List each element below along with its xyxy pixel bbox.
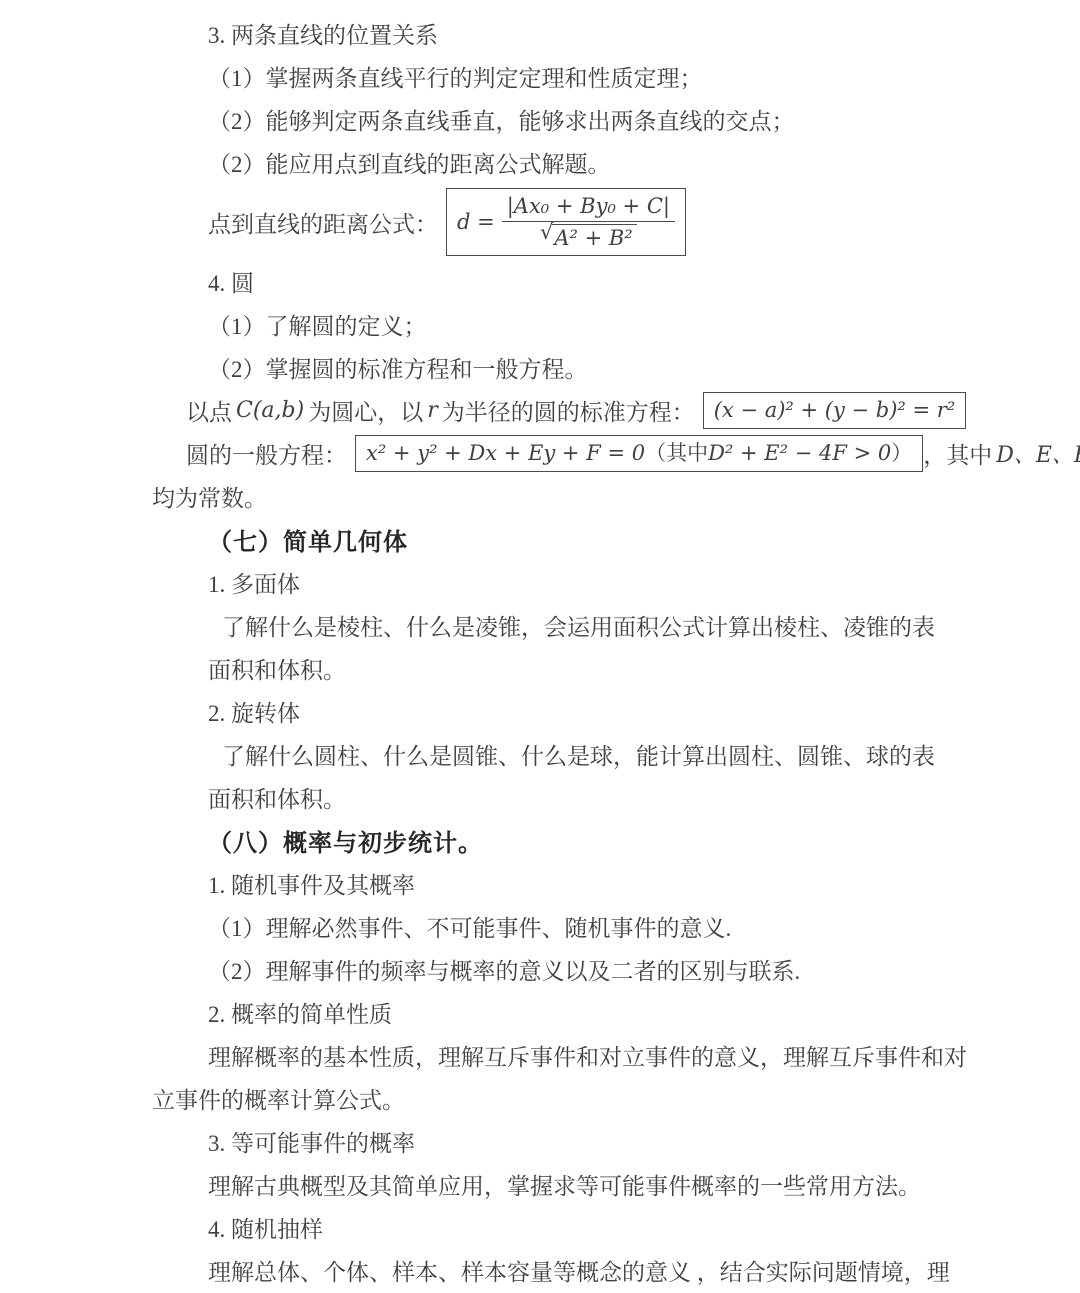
sampling-desc-line: 理解总体、个体、样本、样本容量等概念的意义 ，结合实际问题情境，理: [152, 1249, 930, 1292]
general-circle-condition: D² + E² − 4F > 0: [708, 440, 891, 466]
item-event-meaning-text: （1）理解必然事件、不可能事件、随机事件的意义.: [208, 910, 731, 943]
general-circle-formula-box: x² + y² + Dx + Ey + F = 0 （其中 D² + E² − …: [355, 435, 923, 471]
distance-formula-line: 点到直线的距离公式： d = |Ax₀ + By₀ + C| √ A² + B²: [152, 184, 930, 260]
section8-heading-text: （八）概率与初步统计。: [208, 823, 483, 858]
item-circle-equations-text: （2）掌握圆的标准方程和一般方程。: [208, 351, 588, 384]
random-events-heading: 1. 随机事件及其概率: [152, 862, 930, 905]
distance-formula-numerator: |Ax₀ + By₀ + C|: [502, 193, 675, 222]
section4-heading: 4. 圆: [152, 260, 930, 303]
standard-circle-text-3: 为半径的圆的标准方程：: [442, 394, 695, 427]
equally-likely-heading: 3. 等可能事件的概率: [152, 1120, 930, 1163]
probability-desc-line1: 理解概率的基本性质，理解互斥事件和对立事件的意义，理解互斥事件和对: [152, 1034, 930, 1077]
item-parallel-lines: （1）掌握两条直线平行的判定定理和性质定理；: [152, 55, 930, 98]
probability-desc-line2: 立事件的概率计算公式。: [152, 1077, 930, 1120]
sampling-desc-line-text: 理解总体、个体、样本、样本容量等概念的意义 ，结合实际问题情境，理: [208, 1254, 950, 1287]
section3-heading-text: 3. 两条直线的位置关系: [208, 17, 438, 50]
polyhedron-desc-line1-text: 了解什么是棱柱、什么是凌锥，会运用面积公式计算出棱柱、凌锥的表: [222, 609, 935, 642]
general-circle-paren-close: ）: [891, 440, 912, 466]
distance-formula-lhs: d =: [457, 209, 495, 235]
equally-likely-heading-text: 3. 等可能事件的概率: [208, 1125, 415, 1158]
constants-line-text: 均为常数。: [152, 480, 267, 513]
probability-properties-heading: 2. 概率的简单性质: [152, 991, 930, 1034]
rotation-desc-line2: 面积和体积。: [152, 776, 930, 819]
standard-circle-formula: (x − a)² + (y − b)² = r²: [714, 397, 956, 423]
random-events-heading-text: 1. 随机事件及其概率: [208, 867, 415, 900]
rotation-desc-line1: 了解什么圆柱、什么是圆锥、什么是球，能计算出圆柱、圆锥、球的表: [152, 733, 930, 776]
polyhedron-heading: 1. 多面体: [152, 561, 930, 604]
general-circle-formula: x² + y² + Dx + Ey + F = 0: [366, 440, 645, 466]
item-parallel-lines-text: （1）掌握两条直线平行的判定定理和性质定理；: [208, 60, 703, 93]
item-frequency-probability-text: （2）理解事件的频率与概率的意义以及二者的区别与联系.: [208, 953, 800, 986]
probability-desc-line1-text: 理解概率的基本性质，理解互斥事件和对立事件的意义，理解互斥事件和对: [208, 1039, 967, 1072]
polyhedron-heading-text: 1. 多面体: [208, 566, 300, 599]
section7-heading-text: （七）简单几何体: [208, 522, 408, 557]
distance-formula-box: d = |Ax₀ + By₀ + C| √ A² + B²: [446, 188, 686, 257]
distance-formula-fraction: |Ax₀ + By₀ + C| √ A² + B²: [502, 193, 675, 252]
distance-formula-denominator: √ A² + B²: [540, 222, 637, 251]
random-sampling-heading: 4. 随机抽样: [152, 1206, 930, 1249]
standard-circle-line: 以点 C(a,b) 为圆心，以 r 为半径的圆的标准方程： (x − a)² +…: [152, 389, 930, 432]
item-frequency-probability: （2）理解事件的频率与概率的意义以及二者的区别与联系.: [152, 948, 930, 991]
polyhedron-desc-line1: 了解什么是棱柱、什么是凌锥，会运用面积公式计算出棱柱、凌锥的表: [152, 604, 930, 647]
rotation-heading-text: 2. 旋转体: [208, 695, 300, 728]
radical-sign: √: [540, 222, 553, 243]
general-circle-paren-open: （其中: [645, 440, 708, 466]
general-circle-label: 圆的一般方程：: [186, 437, 347, 470]
probability-desc-line2-text: 立事件的概率计算公式。: [152, 1082, 405, 1115]
general-circle-line: 圆的一般方程： x² + y² + Dx + Ey + F = 0 （其中 D²…: [152, 432, 930, 475]
standard-circle-text-1: 以点: [186, 394, 232, 427]
item-distance-application: （2）能应用点到直线的距离公式解题。: [152, 141, 930, 184]
section4-heading-text: 4. 圆: [208, 265, 254, 298]
rotation-heading: 2. 旋转体: [152, 690, 930, 733]
rotation-desc-line2-text: 面积和体积。: [208, 781, 346, 814]
standard-circle-text-2: 为圆心，以: [308, 394, 423, 427]
polyhedron-desc-line2-text: 面积和体积。: [208, 652, 346, 685]
classical-model-line: 理解古典概型及其简单应用，掌握求等可能事件概率的一些常用方法。: [152, 1163, 930, 1206]
polyhedron-desc-line2: 面积和体积。: [152, 647, 930, 690]
coefficient-symbols: D、E、F: [996, 438, 1080, 469]
classical-model-line-text: 理解古典概型及其简单应用，掌握求等可能事件概率的一些常用方法。: [208, 1168, 921, 1201]
distance-formula-radicand: A² + B²: [552, 224, 636, 251]
rotation-desc-line1-text: 了解什么圆柱、什么是圆锥、什么是球，能计算出圆柱、圆锥、球的表: [222, 738, 935, 771]
item-event-meaning: （1）理解必然事件、不可能事件、随机事件的意义.: [152, 905, 930, 948]
item-distance-application-text: （2）能应用点到直线的距离公式解题。: [208, 146, 611, 179]
probability-properties-heading-text: 2. 概率的简单性质: [208, 996, 392, 1029]
section7-heading: （七）简单几何体: [152, 518, 930, 561]
general-circle-tail-text: ，其中: [923, 437, 992, 470]
document-page: 3. 两条直线的位置关系 （1）掌握两条直线平行的判定定理和性质定理； （2）能…: [0, 0, 1080, 1293]
center-point-symbol: C(a,b): [236, 398, 304, 423]
item-circle-definition-text: （1）了解圆的定义；: [208, 308, 427, 341]
standard-circle-formula-box: (x − a)² + (y − b)² = r²: [703, 392, 967, 428]
item-perpendicular-lines: （2）能够判定两条直线垂直，能够求出两条直线的交点；: [152, 98, 930, 141]
section3-heading: 3. 两条直线的位置关系: [152, 12, 930, 55]
item-circle-equations: （2）掌握圆的标准方程和一般方程。: [152, 346, 930, 389]
radius-symbol: r: [427, 398, 438, 423]
random-sampling-heading-text: 4. 随机抽样: [208, 1211, 323, 1244]
item-perpendicular-lines-text: （2）能够判定两条直线垂直，能够求出两条直线的交点；: [208, 103, 795, 136]
item-circle-definition: （1）了解圆的定义；: [152, 303, 930, 346]
distance-formula-label: 点到直线的距离公式：: [208, 206, 438, 239]
section8-heading: （八）概率与初步统计。: [152, 819, 930, 862]
constants-line: 均为常数。: [152, 475, 930, 518]
